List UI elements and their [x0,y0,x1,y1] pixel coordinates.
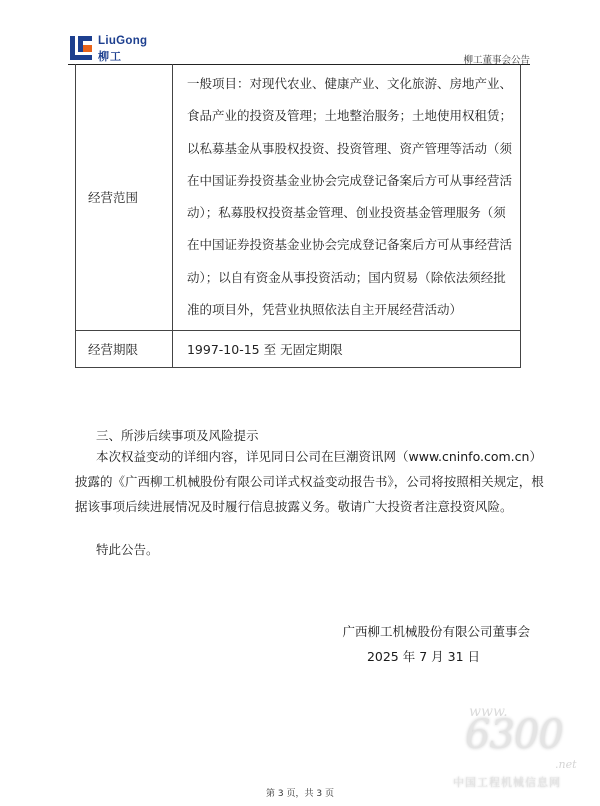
scope-line: 一般项目：对现代农业、健康产业、文化旅游、房地产业、 [187,68,512,100]
watermark-6300: www. 6300 .net 中国工程机械信息网 [455,700,595,790]
paragraph-line: 本次权益变动的详细内容，详见同日公司在巨潮资讯网（www.cninfo.com.… [75,444,525,469]
liugong-logo: LiuGong 柳工 [70,34,170,62]
logo-text-en: LiuGong [98,35,147,47]
scope-line: 食品产业的投资及管理；土地整治服务；土地使用权租赁； [187,100,512,132]
label-business-scope: 经营范围 [76,64,173,331]
scope-line: 以私募基金从事股权投资、投资管理、资产管理等活动（须 [187,133,512,165]
watermark-tld: .net [555,758,577,771]
scope-line: 动）；私募股权投资基金管理、创业投资基金管理服务（须 [187,197,512,229]
value-business-scope: 一般项目：对现代农业、健康产业、文化旅游、房地产业、 食品产业的投资及管理；土地… [172,64,520,331]
paragraph-line: 披露的《广西柳工机械股份有限公司详式权益变动报告书》，公司将按照相关规定，根 [75,469,525,494]
company-info-table: 经营范围 一般项目：对现代农业、健康产业、文化旅游、房地产业、 食品产业的投资及… [75,64,521,368]
closing-statement: 特此公告。 [96,540,159,558]
page-number: 第 3 页，共 3 页 [0,786,600,799]
table-row-business-period: 经营期限 1997-10-15 至 无固定期限 [76,331,521,368]
value-business-period: 1997-10-15 至 无固定期限 [172,331,520,368]
signature-organization: 广西柳工机械股份有限公司董事会 [342,622,530,640]
watermark-number: 6300 [465,712,563,758]
table-row-business-scope: 经营范围 一般项目：对现代农业、健康产业、文化旅游、房地产业、 食品产业的投资及… [76,64,521,331]
logo-text-cn: 柳工 [98,48,122,64]
signature-date: 2025 年 7 月 31 日 [367,647,480,665]
liugong-logo-mark-icon [70,36,92,60]
scope-line: 在中国证券投资基金业协会完成登记备案后方可从事经营活 [187,229,512,261]
label-business-period: 经营期限 [76,331,173,368]
paragraph-line: 据该事项后续进展情况及时履行信息披露义务。敬请广大投资者注意投资风险。 [75,494,525,519]
scope-line: 动）；以自有资金从事投资活动；国内贸易（除依法须经批 [187,262,512,294]
scope-line: 在中国证券投资基金业协会完成登记备案后方可从事经营活 [187,165,512,197]
scope-line: 准的项目外，凭营业执照依法自主开展经营活动） [187,294,512,326]
section-paragraph: 本次权益变动的详细内容，详见同日公司在巨潮资讯网（www.cninfo.com.… [75,444,525,519]
section-heading: 三、所涉后续事项及风险提示 [96,426,259,444]
